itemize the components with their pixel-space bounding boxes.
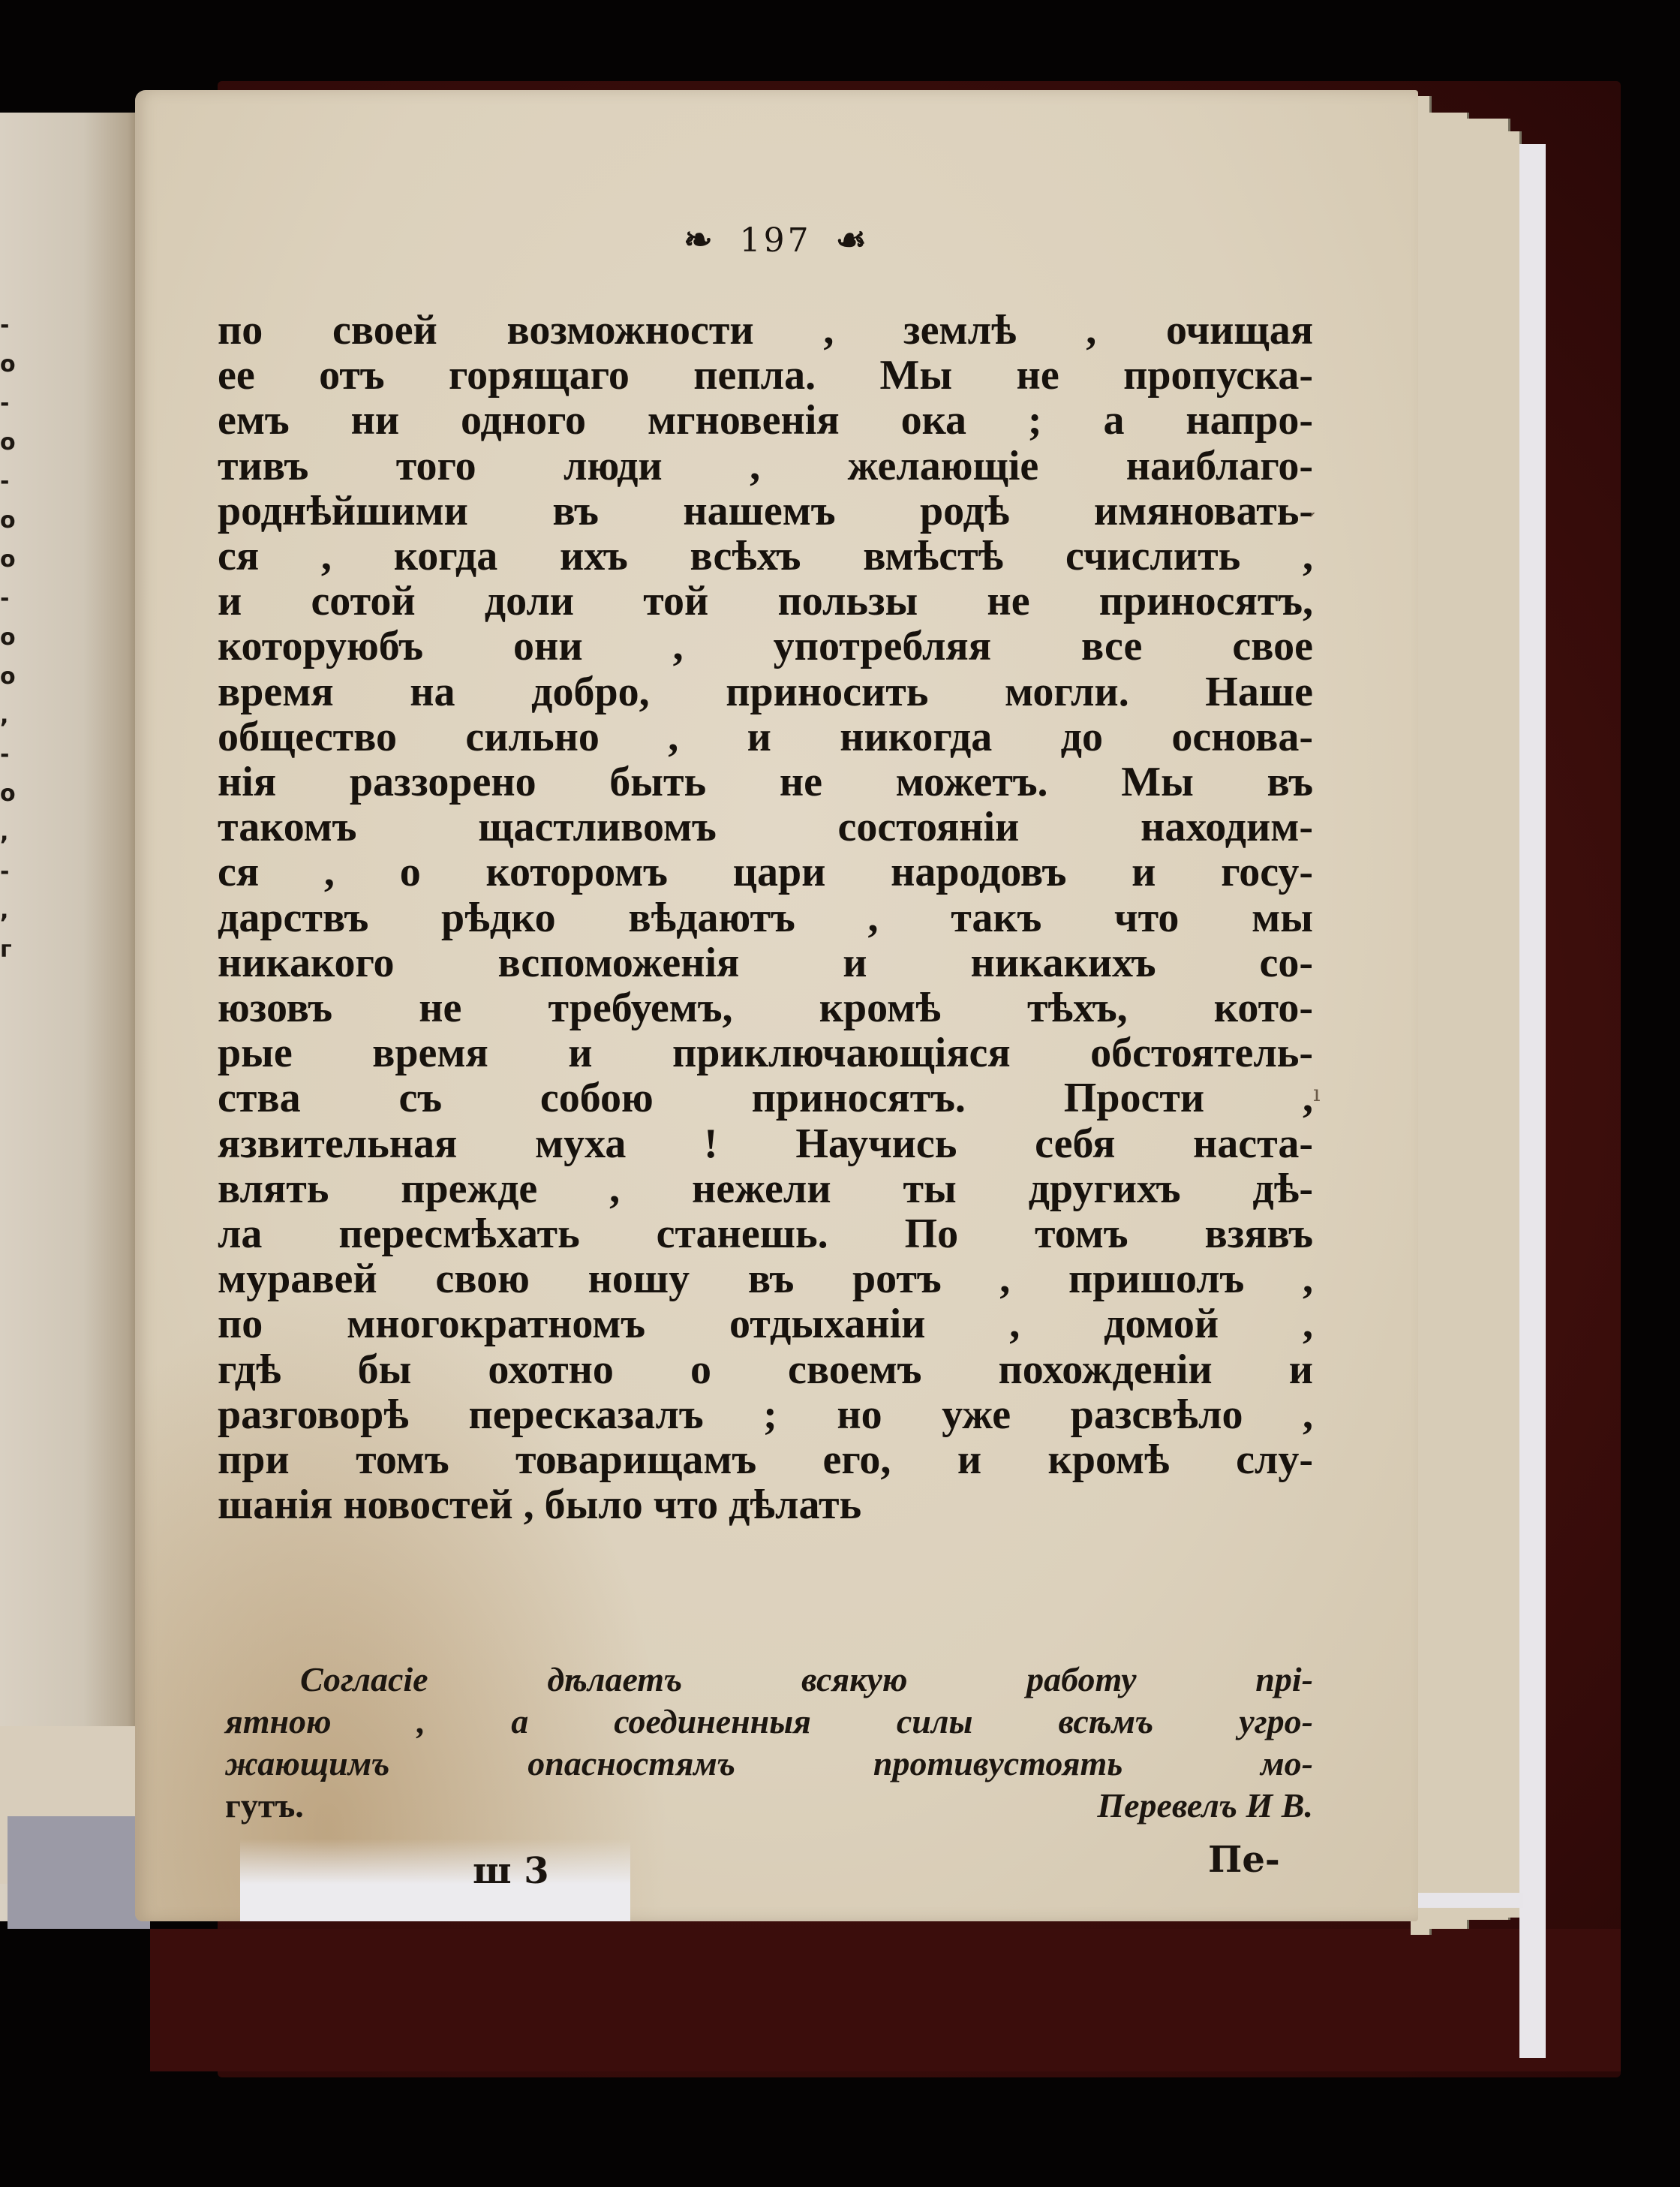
right-page: ❧ 197 ☙ по своей возможности , землѣ , о… (135, 90, 1418, 1921)
torn-bottom-edge (240, 1839, 630, 1921)
left-page-gap (8, 1816, 150, 1929)
text-line: ся , о которомъ цари народовъ и госу- (218, 850, 1313, 895)
text-line: и сотой доли той пользы не приносятъ, (218, 579, 1313, 624)
left-page-glyph: о (0, 510, 30, 531)
translator-credit: Перевелъ И В. (1097, 1785, 1313, 1827)
ornament-left-icon: ❧ (684, 219, 716, 260)
left-page-glyph: - (0, 588, 30, 609)
text-line: по своей возможности , землѣ , очищая (218, 308, 1313, 353)
margin-speck: ı (1313, 1081, 1321, 1107)
moral-line: ятною , а соединенныя силы всѣмъ угро- (225, 1701, 1313, 1743)
moral-final-line: гутъ. Перевелъ И В. (225, 1785, 1313, 1827)
catchword: Пе- (1208, 1839, 1280, 1881)
left-page-line-ends: -о-о-оо-оо,-о,-,г (0, 315, 30, 961)
text-line: нія раззорено быть не можетъ. Мы въ (218, 760, 1313, 805)
text-line: время на добро, приносить могли. Наше (218, 669, 1313, 714)
margin-speck: ˊ (1306, 510, 1317, 537)
text-line: ся , когда ихъ всѣхъ вмѣстѣ счислить , (218, 534, 1313, 579)
text-line: тивъ того люди , желающіе наиблаго- (218, 444, 1313, 489)
text-line: при томъ товарищамъ его, и кромѣ слу- (218, 1437, 1313, 1482)
ornament-right-icon: ☙ (836, 219, 870, 260)
left-page-glyph: о (0, 784, 30, 805)
text-line: которуюбъ они , употребляя все свое (218, 624, 1313, 669)
moral-quote: Согласіе дѣлаетъ всякую работу прі-ятною… (225, 1659, 1313, 1827)
text-line: дарствъ рѣдко вѣдаютъ , такъ что мы (218, 895, 1313, 940)
left-page-glyph: г (0, 940, 30, 961)
left-page-glyph: о (0, 549, 30, 570)
text-line: муравей свою ношу въ ротъ , пришолъ , (218, 1256, 1313, 1301)
left-page-glyph: - (0, 471, 30, 492)
text-line: ства съ собою приносятъ. Прости , (218, 1075, 1313, 1121)
text-line: никакого вспоможенія и никакихъ со- (218, 940, 1313, 985)
text-line: разговорѣ пересказалъ ; но уже разсвѣло … (218, 1392, 1313, 1437)
book-cover-bottom-edge (150, 1929, 1621, 2071)
text-line: общество сильно , и никогда до основа- (218, 714, 1313, 760)
endpaper-white-sheet (1519, 144, 1546, 2058)
moral-line: жающимъ опасностямъ противустоять мо- (225, 1743, 1313, 1785)
text-line: роднѣйшими въ нашемъ родѣ имяновать- (218, 489, 1313, 534)
left-page-glyph: - (0, 315, 30, 336)
left-page-glyph: , (0, 705, 30, 726)
left-page-glyph: , (0, 823, 30, 844)
text-line: гдѣ бы охотно о своемъ похожденіи и (218, 1347, 1313, 1392)
running-header: ❧ 197 ☙ (135, 219, 1418, 260)
text-line: влять прежде , нежели ты другихъ дѣ- (218, 1166, 1313, 1211)
text-line: по многократномъ отдыханіи , домой , (218, 1301, 1313, 1346)
body-text: по своей возможности , землѣ , очищаяее … (218, 308, 1313, 1527)
text-line: такомъ щастливомъ состояніи находим- (218, 805, 1313, 850)
text-line: ее отъ горящаго пепла. Мы не пропуска- (218, 353, 1313, 398)
left-page-glyph: - (0, 862, 30, 883)
text-line: рые время и приключающіяся обстоятель- (218, 1030, 1313, 1075)
left-page-glyph: , (0, 901, 30, 922)
left-page-glyph: о (0, 354, 30, 375)
left-page-glyph: - (0, 745, 30, 766)
text-line: шанія новостей , было что дѣлать (218, 1482, 1313, 1527)
text-line: юзовъ не требуемъ, кромѣ тѣхъ, кото- (218, 985, 1313, 1030)
left-page-glyph: о (0, 627, 30, 648)
page-stack-edge-2 (1429, 113, 1469, 1929)
moral-line: Согласіе дѣлаетъ всякую работу прі- (225, 1659, 1313, 1701)
page-number: 197 (740, 221, 812, 260)
left-page-glyph: - (0, 393, 30, 414)
left-page-glyph: о (0, 432, 30, 453)
text-line: ла пересмѣхать станешь. По томъ взявъ (218, 1211, 1313, 1256)
signature-mark: ш 3 (473, 1850, 549, 1892)
moral-last-word: гутъ. (225, 1786, 304, 1825)
text-line: емъ ни одного мгновенія ока ; а напро- (218, 398, 1313, 443)
text-line: язвительная муха ! Научись себя наста- (218, 1121, 1313, 1166)
left-page-glyph: о (0, 666, 30, 687)
